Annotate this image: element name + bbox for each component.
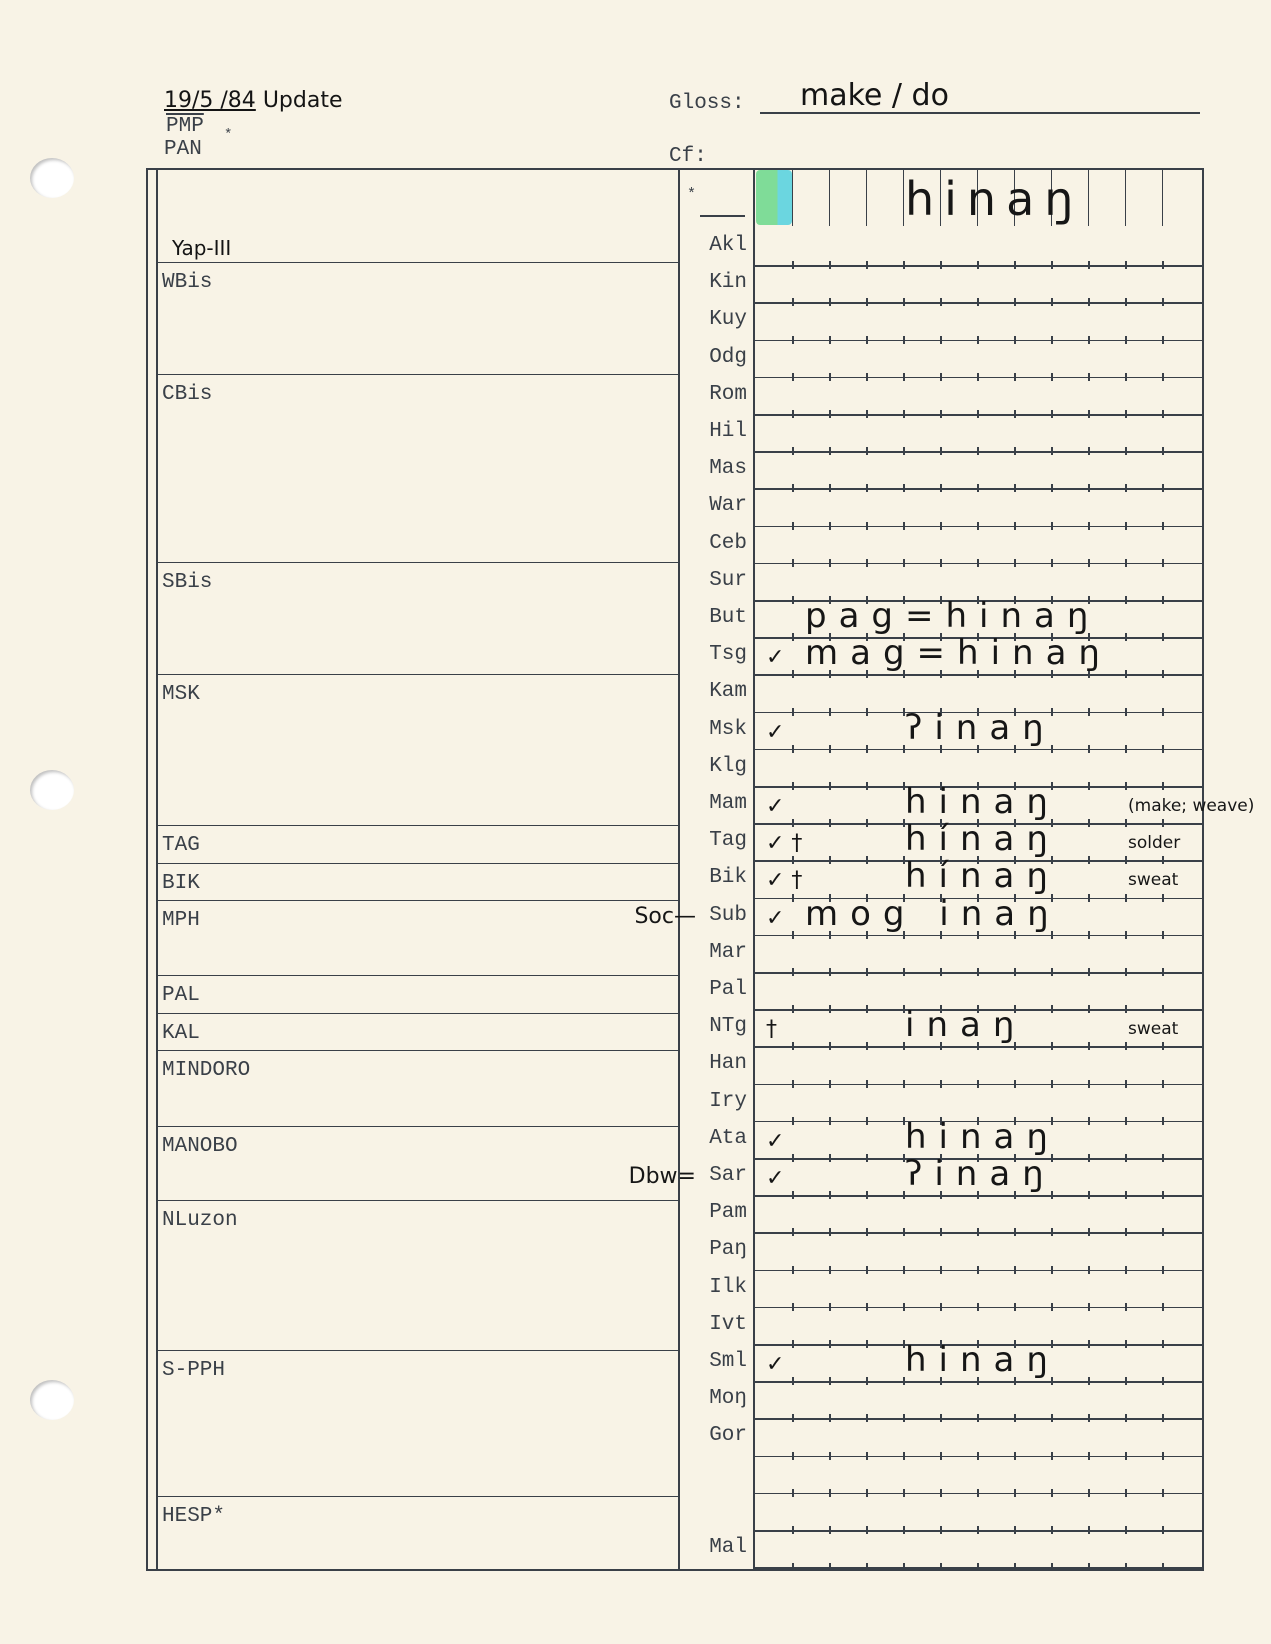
tick-mark <box>1051 1042 1053 1050</box>
tick-mark <box>1162 1117 1164 1125</box>
tick-mark <box>866 1005 868 1013</box>
tick-mark <box>829 1005 831 1013</box>
reflex-form: hínaŋ <box>905 819 1060 859</box>
language-code: Mam <box>680 792 753 815</box>
reflex-form: ʔinaŋ <box>905 708 1056 748</box>
tick-mark <box>1162 522 1164 530</box>
gloss-note: sweat <box>1128 1019 1178 1039</box>
side-annotation: Dbw= <box>600 1164 696 1189</box>
tick-mark <box>1014 522 1016 530</box>
tick-mark <box>1125 1042 1127 1050</box>
reflex-form: hinaŋ <box>905 1340 1060 1380</box>
language-code: Ilk <box>680 1276 753 1299</box>
tick-mark <box>792 447 794 455</box>
tick-mark <box>1088 261 1090 269</box>
tick-mark <box>903 1303 905 1311</box>
tick-mark <box>792 745 794 753</box>
tick-mark <box>940 484 942 492</box>
tick-mark <box>1125 1414 1127 1422</box>
binder-hole <box>30 158 74 198</box>
language-code: Kin <box>680 271 753 294</box>
proto-blank <box>700 215 745 217</box>
group-section: MANOBO <box>158 1126 678 1127</box>
tick-mark <box>1162 1154 1164 1162</box>
tick-mark <box>977 1452 979 1460</box>
tick-mark <box>940 1414 942 1422</box>
tick-mark <box>1088 782 1090 790</box>
tick-mark <box>1125 745 1127 753</box>
group-label: MPH <box>162 909 200 932</box>
tick-mark <box>829 1154 831 1162</box>
tick-mark <box>903 484 905 492</box>
reflex-form: hinaŋ <box>905 1117 1060 1157</box>
tick-mark <box>1051 336 1053 344</box>
tick-mark <box>940 447 942 455</box>
tick-mark <box>903 1414 905 1422</box>
tick-mark <box>1088 1191 1090 1199</box>
row-rule <box>755 972 1204 974</box>
language-code: Paŋ <box>680 1238 753 1261</box>
tick-mark <box>792 336 794 344</box>
language-code: Msk <box>680 718 753 741</box>
row-rule <box>755 1493 1204 1495</box>
group-section: KAL <box>158 1013 678 1014</box>
tick-mark <box>1088 968 1090 976</box>
tick-mark <box>792 1452 794 1460</box>
tick-mark <box>1162 1080 1164 1088</box>
tick-mark <box>829 1377 831 1385</box>
tick-mark <box>829 782 831 790</box>
cf-label: Cf: <box>669 145 707 168</box>
tick-mark <box>1088 522 1090 530</box>
tick-mark <box>1088 856 1090 864</box>
tick-mark <box>866 261 868 269</box>
tick-mark <box>829 410 831 418</box>
row-rule <box>755 340 1204 342</box>
tick-mark <box>1162 1005 1164 1013</box>
proto-cell-rule <box>903 168 904 226</box>
tick-mark <box>792 931 794 939</box>
tick-mark <box>1051 1005 1053 1013</box>
tick-mark <box>1125 633 1127 641</box>
tick-mark <box>1088 894 1090 902</box>
reflex-form: mag=hinaŋ <box>805 633 1112 673</box>
group-note: Yap-III <box>172 236 231 260</box>
reflex-form: hínaŋ <box>905 856 1060 896</box>
row-rule <box>755 526 1204 528</box>
check-mark: ✓ <box>766 645 784 670</box>
tick-mark <box>829 522 831 530</box>
tick-mark <box>829 1191 831 1199</box>
language-code: Klg <box>680 755 753 778</box>
tick-mark <box>1051 410 1053 418</box>
tick-mark <box>1162 968 1164 976</box>
tick-mark <box>1051 373 1053 381</box>
language-code: War <box>680 494 753 517</box>
tick-mark <box>829 1303 831 1311</box>
row-rule <box>755 377 1204 379</box>
tick-mark <box>792 894 794 902</box>
tick-mark <box>1088 1563 1090 1571</box>
group-label: MINDORO <box>162 1059 250 1082</box>
tick-mark <box>977 373 979 381</box>
tick-mark <box>977 1266 979 1274</box>
tick-mark <box>940 522 942 530</box>
tick-mark <box>903 522 905 530</box>
language-code: Pal <box>680 978 753 1001</box>
tick-mark <box>792 1154 794 1162</box>
tick-mark <box>1162 298 1164 306</box>
tick-mark <box>829 336 831 344</box>
tick-mark <box>1125 670 1127 678</box>
tick-mark <box>1162 1452 1164 1460</box>
tick-mark <box>792 522 794 530</box>
tick-mark <box>1088 1005 1090 1013</box>
tick-mark <box>792 782 794 790</box>
proto-cell-rule <box>792 168 793 226</box>
tick-mark <box>1162 1526 1164 1534</box>
tick-mark <box>903 336 905 344</box>
tick-mark <box>1014 559 1016 567</box>
tick-mark <box>977 410 979 418</box>
group-label: KAL <box>162 1022 200 1045</box>
tick-mark <box>1162 373 1164 381</box>
proto-cell-rule <box>1088 168 1089 226</box>
tick-mark <box>977 968 979 976</box>
row-rule <box>755 488 1204 490</box>
tick-mark <box>903 1080 905 1088</box>
tick-mark <box>829 1228 831 1236</box>
tick-mark <box>792 1191 794 1199</box>
group-label: PAL <box>162 984 200 1007</box>
tick-mark <box>1088 931 1090 939</box>
tick-mark <box>1014 1303 1016 1311</box>
language-code: Sur <box>680 569 753 592</box>
tick-mark <box>829 1563 831 1571</box>
tick-mark <box>792 596 794 604</box>
tick-mark <box>1051 1080 1053 1088</box>
tick-mark <box>977 1489 979 1497</box>
tick-mark <box>1088 1117 1090 1125</box>
group-section: NLuzon <box>158 1200 678 1201</box>
row-rule <box>755 1456 1204 1458</box>
language-code: Mar <box>680 941 753 964</box>
tick-mark <box>1162 1414 1164 1422</box>
tick-mark <box>829 1414 831 1422</box>
language-code: Hil <box>680 420 753 443</box>
language-code: Iry <box>680 1090 753 1113</box>
tick-mark <box>903 1526 905 1534</box>
tick-mark <box>1088 1414 1090 1422</box>
tick-mark <box>1162 670 1164 678</box>
tick-mark <box>1088 1377 1090 1385</box>
tick-mark <box>1088 447 1090 455</box>
group-section: WBis <box>158 262 678 263</box>
tick-mark <box>1125 1154 1127 1162</box>
tick-mark <box>903 373 905 381</box>
update-date: 19/5 /84 Update <box>164 88 343 113</box>
tick-mark <box>903 1228 905 1236</box>
row-rule <box>755 1195 1204 1197</box>
tick-mark <box>829 261 831 269</box>
tick-mark <box>1125 373 1127 381</box>
language-code: Odg <box>680 346 753 369</box>
tick-mark <box>1125 931 1127 939</box>
tick-mark <box>1014 1080 1016 1088</box>
tick-mark <box>1088 559 1090 567</box>
tick-mark <box>829 968 831 976</box>
check-mark: ✓ <box>766 1129 784 1154</box>
tick-mark <box>977 261 979 269</box>
tick-mark <box>866 1191 868 1199</box>
reflex-form: ʔinaŋ <box>905 1154 1056 1194</box>
tick-mark <box>977 336 979 344</box>
reflex-form: mog inaŋ <box>805 894 1061 934</box>
tick-mark <box>940 1228 942 1236</box>
proto-cell-rule <box>1125 168 1126 226</box>
tick-mark <box>940 1080 942 1088</box>
binder-hole <box>30 1380 74 1420</box>
tick-mark <box>1125 298 1127 306</box>
group-section: HESP* <box>158 1496 678 1497</box>
tick-mark <box>1014 1563 1016 1571</box>
group-label: BIK <box>162 872 200 895</box>
tick-mark <box>792 856 794 864</box>
tick-mark <box>940 261 942 269</box>
group-label: NLuzon <box>162 1209 238 1232</box>
tick-mark <box>1088 1042 1090 1050</box>
group-section: MINDORO <box>158 1050 678 1051</box>
tick-mark <box>792 261 794 269</box>
row-rule <box>755 265 1204 267</box>
tick-mark <box>1162 1042 1164 1050</box>
tick-mark <box>866 298 868 306</box>
tick-mark <box>1162 261 1164 269</box>
tick-mark <box>903 1563 905 1571</box>
tick-mark <box>977 1526 979 1534</box>
binder-hole <box>30 770 74 810</box>
tick-mark <box>866 1489 868 1497</box>
group-section: CBis <box>158 374 678 375</box>
group-label: SBis <box>162 571 212 594</box>
tick-mark <box>1162 931 1164 939</box>
tick-mark <box>829 1452 831 1460</box>
tick-mark <box>1051 1414 1053 1422</box>
tick-mark <box>1162 410 1164 418</box>
tick-mark <box>977 484 979 492</box>
tick-mark <box>866 782 868 790</box>
tick-mark <box>829 1266 831 1274</box>
tick-mark <box>792 1377 794 1385</box>
tick-mark <box>1125 856 1127 864</box>
language-code: Ivt <box>680 1313 753 1336</box>
tick-mark <box>940 1452 942 1460</box>
tick-mark <box>977 1080 979 1088</box>
tick-mark <box>1088 373 1090 381</box>
tick-mark <box>1051 968 1053 976</box>
tick-mark <box>1088 1228 1090 1236</box>
tick-mark <box>1088 1340 1090 1348</box>
proto-cell-rule <box>1162 168 1163 226</box>
tick-mark <box>1162 596 1164 604</box>
tick-mark <box>1088 819 1090 827</box>
tick-mark <box>1014 968 1016 976</box>
tick-mark <box>1162 447 1164 455</box>
reflex-form: inaŋ <box>905 1005 1026 1045</box>
group-section: BIK <box>158 863 678 864</box>
tick-mark <box>792 1303 794 1311</box>
tick-mark <box>866 1228 868 1236</box>
tick-mark <box>866 1377 868 1385</box>
tick-mark <box>1125 1228 1127 1236</box>
tick-mark <box>1088 1303 1090 1311</box>
language-code: Akl <box>680 234 753 257</box>
tick-mark <box>829 1489 831 1497</box>
tick-mark <box>1088 484 1090 492</box>
tick-mark <box>1014 1266 1016 1274</box>
tick-mark <box>1088 1080 1090 1088</box>
tick-mark <box>866 1526 868 1534</box>
tick-mark <box>940 559 942 567</box>
gloss-note: solder <box>1128 833 1180 853</box>
tick-mark <box>903 1452 905 1460</box>
row-rule <box>755 1084 1204 1086</box>
tick-mark <box>1125 336 1127 344</box>
tick-mark <box>1014 298 1016 306</box>
tick-mark <box>1125 1117 1127 1125</box>
language-code: Mas <box>680 457 753 480</box>
tick-mark <box>940 1489 942 1497</box>
tick-mark <box>829 447 831 455</box>
tick-mark <box>792 1489 794 1497</box>
tick-mark <box>1088 298 1090 306</box>
tick-mark <box>1162 894 1164 902</box>
check-mark: ✓ <box>766 720 784 745</box>
tick-mark <box>1162 1228 1164 1236</box>
tick-mark <box>829 856 831 864</box>
tick-mark <box>1051 261 1053 269</box>
tick-mark <box>1162 1340 1164 1348</box>
tick-mark <box>977 298 979 306</box>
tick-mark <box>792 1414 794 1422</box>
tick-mark <box>1051 1303 1053 1311</box>
language-code: Ata <box>680 1127 753 1150</box>
tick-mark <box>977 1303 979 1311</box>
tick-mark <box>1014 1489 1016 1497</box>
tick-mark <box>1014 1228 1016 1236</box>
reflex-form: pag=hinaŋ <box>805 596 1100 636</box>
tick-mark <box>866 447 868 455</box>
tick-mark <box>1125 1452 1127 1460</box>
tick-mark <box>792 708 794 716</box>
tick-mark <box>1088 745 1090 753</box>
language-code: Sml <box>680 1350 753 1373</box>
tick-mark <box>1162 336 1164 344</box>
tick-mark <box>792 968 794 976</box>
tick-mark <box>1014 1452 1016 1460</box>
row-rule <box>755 451 1204 453</box>
language-code: Tag <box>680 829 753 852</box>
tick-mark <box>1162 484 1164 492</box>
group-label: WBis <box>162 271 212 294</box>
row-rule <box>755 674 1204 676</box>
gloss-label: Gloss: <box>669 92 745 115</box>
tick-mark <box>977 447 979 455</box>
row-rule <box>755 302 1204 304</box>
tick-mark <box>903 559 905 567</box>
tick-mark <box>866 819 868 827</box>
tick-mark <box>829 298 831 306</box>
tick-mark <box>1162 1563 1164 1571</box>
tick-mark <box>903 261 905 269</box>
tick-mark <box>1014 410 1016 418</box>
tick-mark <box>940 968 942 976</box>
tick-mark <box>1051 1526 1053 1534</box>
tick-mark <box>1051 484 1053 492</box>
tick-mark <box>866 745 868 753</box>
tick-mark <box>1162 819 1164 827</box>
tick-mark <box>866 1042 868 1050</box>
tick-mark <box>1125 1377 1127 1385</box>
tick-mark <box>903 298 905 306</box>
tick-mark <box>866 1452 868 1460</box>
check-mark: ✓ † <box>766 868 802 893</box>
tick-mark <box>1014 373 1016 381</box>
tick-mark <box>977 1228 979 1236</box>
language-code: Moŋ <box>680 1387 753 1410</box>
tick-mark <box>1125 484 1127 492</box>
tick-mark <box>940 298 942 306</box>
pan-label: PAN <box>164 138 202 161</box>
tick-mark <box>1162 782 1164 790</box>
row-rule <box>755 749 1204 751</box>
tick-mark <box>1125 522 1127 530</box>
tick-mark <box>940 336 942 344</box>
proto-cell-rule <box>866 168 867 226</box>
tick-mark <box>1051 1563 1053 1571</box>
tick-mark <box>1125 708 1127 716</box>
tick-mark <box>829 559 831 567</box>
tick-mark <box>1125 1191 1127 1199</box>
tick-mark <box>903 1266 905 1274</box>
tick-mark <box>1125 1563 1127 1571</box>
tick-mark <box>1125 261 1127 269</box>
check-mark: ✓ <box>766 906 784 931</box>
tick-mark <box>1125 559 1127 567</box>
tick-mark <box>940 1563 942 1571</box>
tick-mark <box>866 373 868 381</box>
tick-mark <box>1014 261 1016 269</box>
tick-mark <box>1125 1489 1127 1497</box>
gloss-note: sweat <box>1128 870 1178 890</box>
tick-mark <box>1125 1005 1127 1013</box>
row-rule <box>755 414 1204 416</box>
language-code: Bik <box>680 866 753 889</box>
tick-mark <box>903 410 905 418</box>
tick-mark <box>977 559 979 567</box>
row-rule <box>755 1381 1204 1383</box>
group-label: TAG <box>162 834 200 857</box>
tick-mark <box>1125 968 1127 976</box>
tick-mark <box>903 447 905 455</box>
tick-mark <box>829 373 831 381</box>
tick-mark <box>1051 1452 1053 1460</box>
tick-mark <box>940 1266 942 1274</box>
tick-mark <box>829 1340 831 1348</box>
tick-mark <box>792 373 794 381</box>
tick-mark <box>1162 708 1164 716</box>
tick-mark <box>1088 708 1090 716</box>
